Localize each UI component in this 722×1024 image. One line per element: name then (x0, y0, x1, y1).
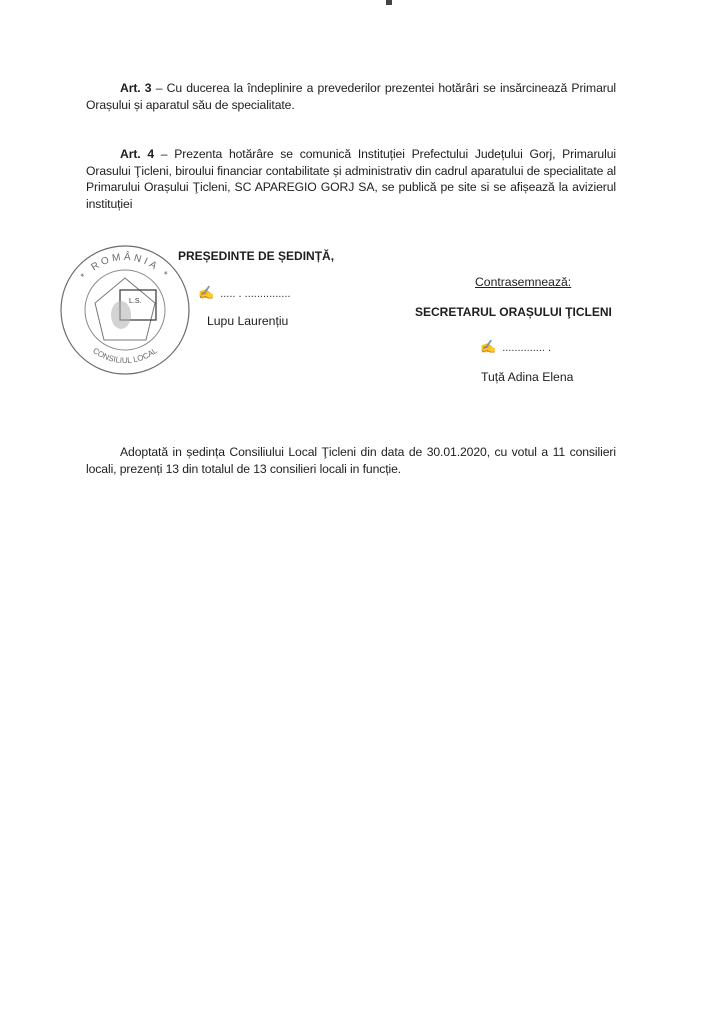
secretary-title: SECRETARUL ORAȘULUI ŢICLENI (415, 305, 612, 319)
secretary-name: Tuță Adina Elena (481, 370, 573, 384)
official-stamp: * ROMÂNIA * CONSILIUL LOCAL L.S. (58, 243, 192, 377)
article-4-text: – Prezenta hotărâre se comunică Instituț… (86, 147, 616, 211)
secretary-signature: ✍.............. . (480, 339, 551, 355)
svg-text:L.S.: L.S. (129, 298, 142, 305)
adoption-text: Adoptată in ședința Consiliului Local Ţi… (86, 445, 616, 476)
article-3-text: – Cu ducerea la îndeplinire a prevederil… (86, 81, 616, 112)
president-title: PREȘEDINTE DE ȘEDINȚĂ, (178, 249, 334, 263)
president-name: Lupu Laurențiu (207, 314, 288, 328)
svg-text:CONSILIUL LOCAL: CONSILIUL LOCAL (91, 346, 159, 365)
article-4: Art. 4 – Prezenta hotărâre se comunică I… (86, 146, 616, 212)
article-3: Art. 3 – Cu ducerea la îndeplinire a pre… (86, 80, 616, 113)
article-4-label: Art. 4 (120, 147, 154, 161)
pen-icon: ✍ (198, 285, 214, 300)
countersign-label: Contrasemnează: (475, 275, 571, 289)
adoption-note: Adoptată in ședința Consiliului Local Ţi… (86, 444, 616, 477)
pen-icon: ✍ (480, 339, 496, 354)
scan-mark (386, 0, 392, 5)
president-signature: ✍..... . ............... (198, 285, 290, 301)
article-3-label: Art. 3 (120, 81, 152, 95)
